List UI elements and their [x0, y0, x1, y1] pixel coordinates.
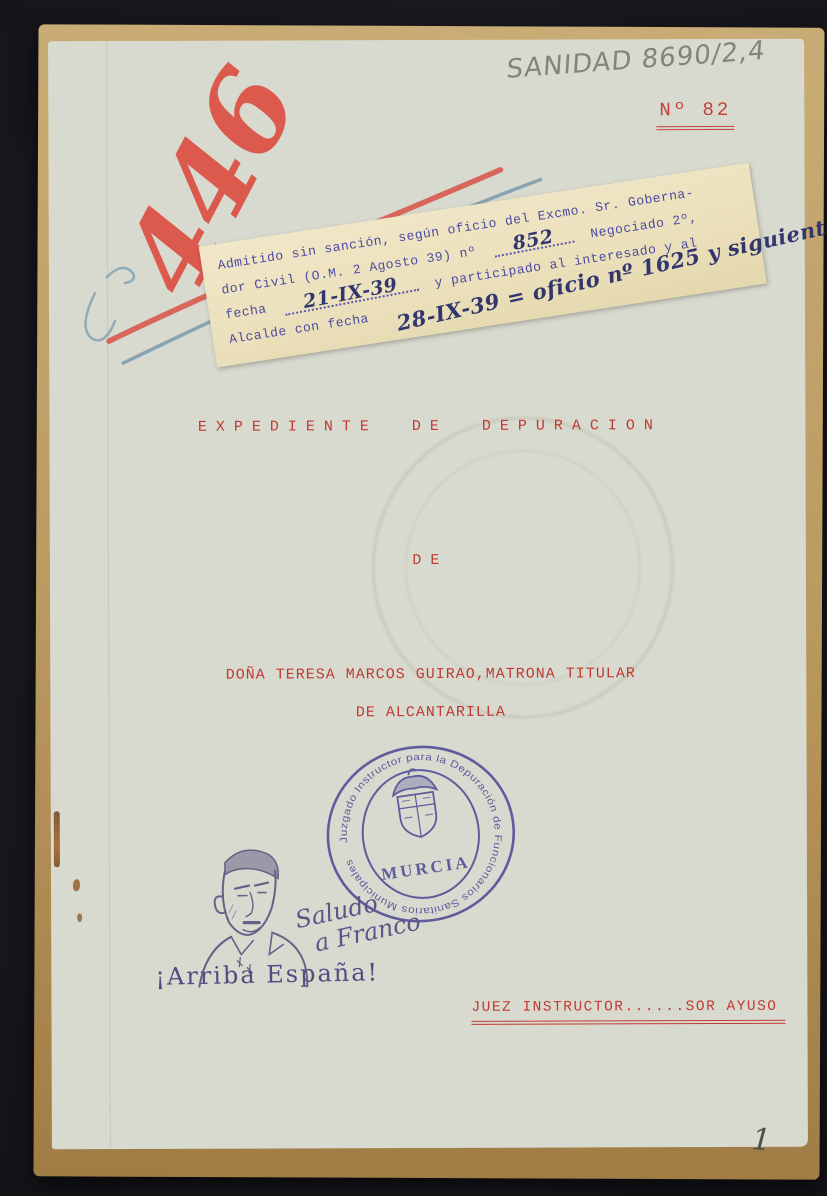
coat-of-arms — [390, 766, 443, 840]
subject-name-line1: DOÑA TERESA MARCOS GUIRAO,MATRONA TITULA… — [158, 665, 703, 684]
pencil-squiggle — [85, 268, 134, 341]
stamp-city-name: MURCIA — [380, 852, 472, 884]
judge-instructor-line: JUEZ INSTRUCTOR......SOR AYUSO — [471, 999, 785, 1025]
paper-fold-line — [106, 41, 111, 1149]
slip-text: fecha — [224, 301, 267, 322]
document-number: Nº 82 — [656, 99, 734, 130]
document-title: EXPEDIENTE DE DEPURACION — [157, 417, 702, 436]
archive-reference-pencil: SANIDAD 8690/2,4 — [505, 36, 766, 85]
arriba-espana-slogan: ¡Arriba España! — [155, 958, 379, 991]
rust-stain — [77, 913, 82, 922]
folio-number-pencil: 1 — [751, 1122, 772, 1158]
document-title-de: DE — [158, 551, 703, 570]
document-page: SANIDAD 8690/2,4 Nº 82 446 Admitido sin … — [48, 39, 808, 1150]
rust-stain — [73, 879, 80, 891]
rust-stain — [54, 811, 60, 867]
scanned-document-photo: SANIDAD 8690/2,4 Nº 82 446 Admitido sin … — [0, 0, 827, 1196]
